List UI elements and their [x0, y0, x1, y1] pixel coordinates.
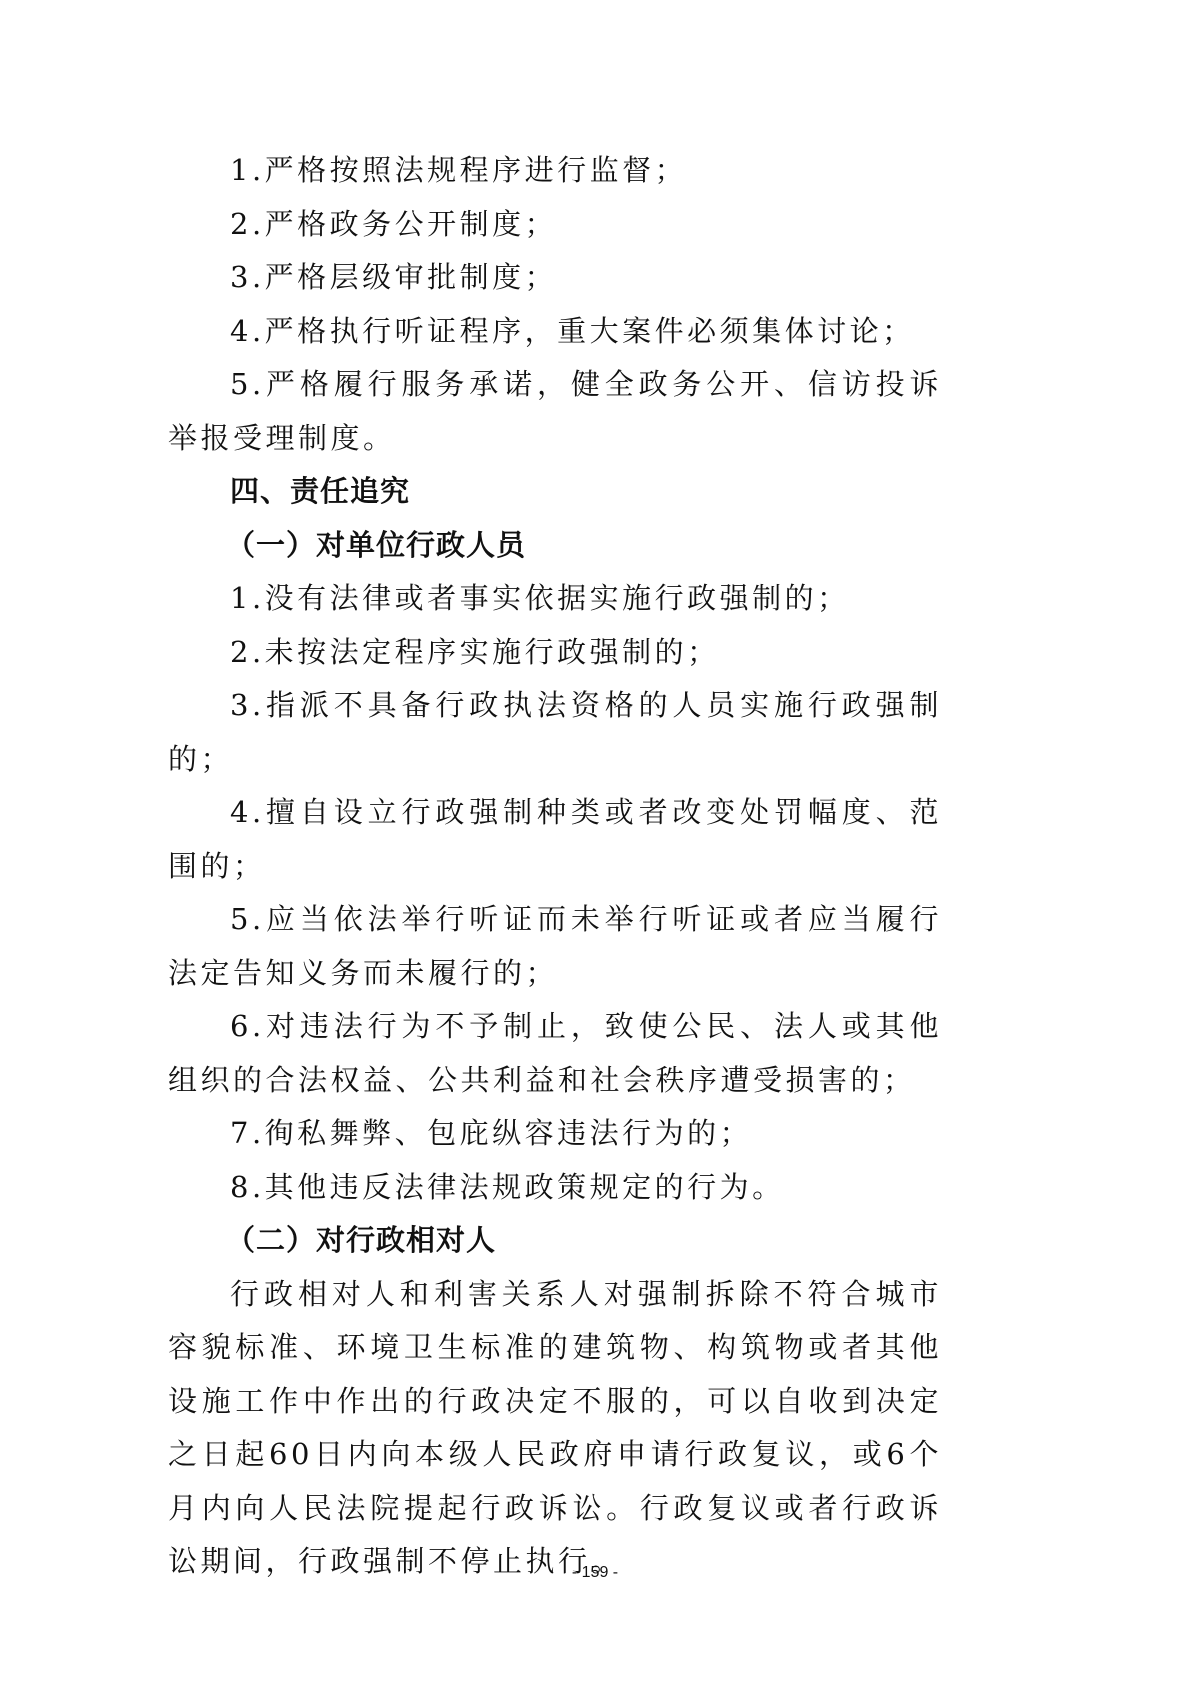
staff-item-2: 2.未按法定程序实施行政强制的；: [168, 626, 942, 680]
staff-item-6: 6.对违法行为不予制止，致使公民、法人或其他组织的合法权益、公共利益和社会秩序遭…: [168, 1000, 942, 1107]
section-heading-accountability: 四、责任追究: [168, 465, 942, 519]
staff-item-4: 4.擅自设立行政强制种类或者改变处罚幅度、范围的；: [168, 786, 942, 893]
supervision-item-4: 4.严格执行听证程序，重大案件必须集体讨论；: [168, 305, 942, 359]
document-page: 1.严格按照法规程序进行监督； 2.严格政务公开制度； 3.严格层级审批制度； …: [168, 144, 942, 1589]
staff-item-7: 7.徇私舞弊、包庇纵容违法行为的；: [168, 1107, 942, 1161]
supervision-item-3: 3.严格层级审批制度；: [168, 251, 942, 305]
staff-item-8: 8.其他违反法律法规政策规定的行为。: [168, 1161, 942, 1215]
subsection-heading-counterparty: （二）对行政相对人: [168, 1214, 942, 1268]
supervision-item-2: 2.严格政务公开制度；: [168, 198, 942, 252]
supervision-item-5: 5.严格履行服务承诺，健全政务公开、信访投诉举报受理制度。: [168, 358, 942, 465]
staff-item-3: 3.指派不具备行政执法资格的人员实施行政强制的；: [168, 679, 942, 786]
subsection-heading-administrative-staff: （一）对单位行政人员: [168, 519, 942, 573]
staff-item-5: 5.应当依法举行听证而未举行听证或者应当履行法定告知义务而未履行的；: [168, 893, 942, 1000]
supervision-item-1: 1.严格按照法规程序进行监督；: [168, 144, 942, 198]
page-number: - 159 -: [0, 1564, 1190, 1582]
staff-item-1: 1.没有法律或者事实依据实施行政强制的；: [168, 572, 942, 626]
counterparty-paragraph: 行政相对人和利害关系人对强制拆除不符合城市容貌标准、环境卫生标准的建筑物、构筑物…: [168, 1268, 942, 1589]
